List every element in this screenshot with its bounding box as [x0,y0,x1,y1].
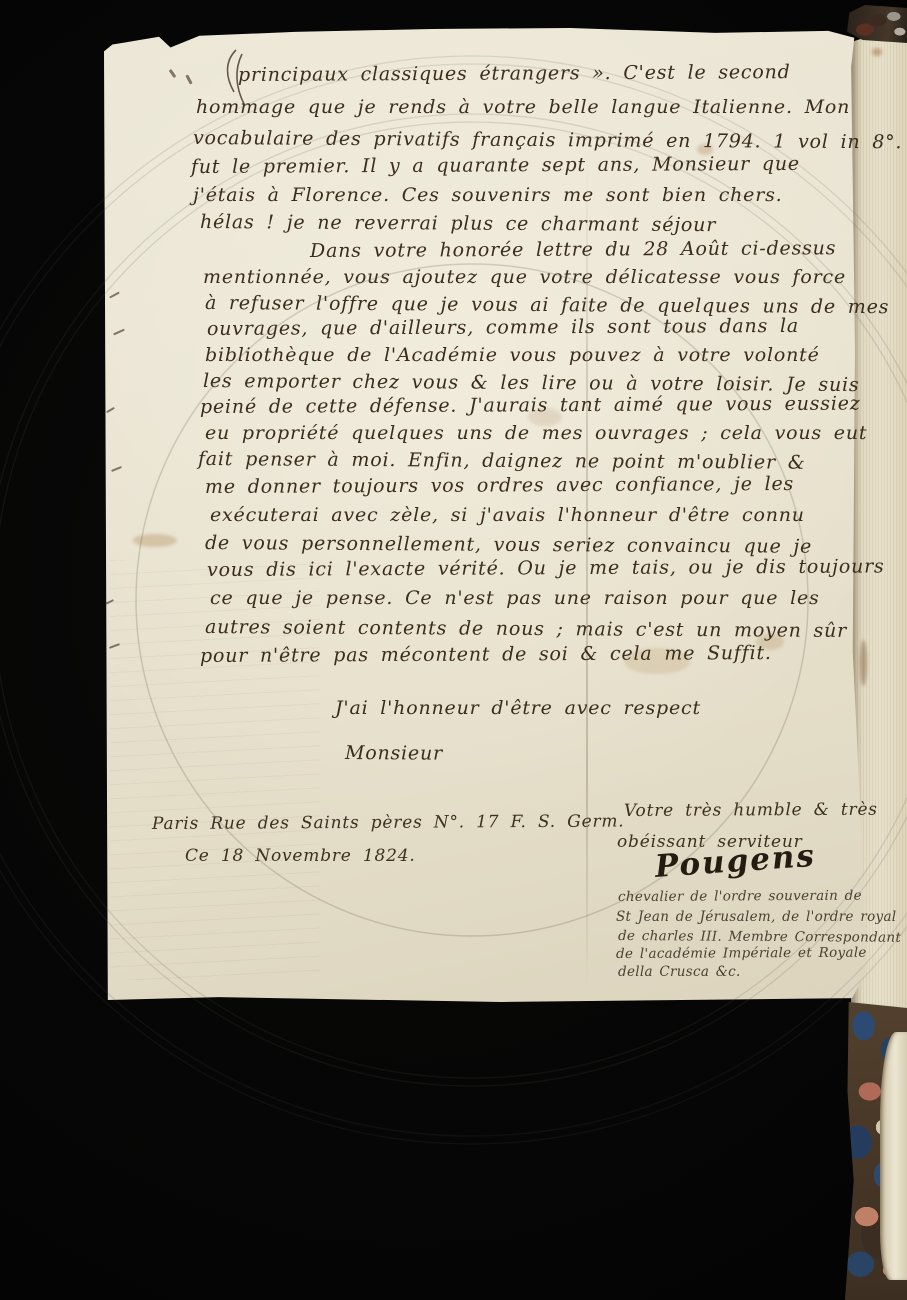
credentials-line: de charles III. Membre Correspondant [618,928,901,946]
manuscript-line: de vous personnellement, vous seriez con… [205,532,812,558]
credentials-line: St Jean de Jérusalem, de l'ordre royal [616,909,896,925]
manuscript-line: principaux classiques étrangers ». C'est… [238,61,791,86]
credentials-line: chevalier de l'ordre souverain de [618,888,862,905]
manuscript-line: bibliothèque de l'Académie vous pouvez à… [205,344,820,366]
manuscript-line: eu propriété quelques uns de mes ouvrage… [205,422,867,444]
salutation: Monsieur [345,742,443,765]
manuscript-line: me donner toujours vos ordres avec confi… [205,473,794,498]
manuscript-line: hommage que je rends à votre belle langu… [196,96,850,118]
foxing-stain [872,48,882,56]
manuscript-line: hélas ! je ne reverrai plus ce charmant … [200,211,716,236]
manuscript-line: j'étais à Florence. Ces souvenirs me son… [193,184,783,206]
manuscript-line: ce que je pense. Ce n'est pas une raison… [210,587,820,609]
credentials-line: de l'académie Impériale et Royale [616,945,867,962]
foxing-stain [133,534,177,547]
manuscript-line: vocabulaire des privatifs français impri… [193,127,902,153]
manuscript-line: autres soient contents de nous ; mais c'… [205,616,847,642]
date-line: Ce 18 Novembre 1824. [185,846,416,866]
manuscript-line: exécuterai avec zèle, si j'avais l'honne… [210,504,805,526]
manuscript-line: peiné de cette défense. J'aurais tant ai… [200,393,861,418]
manuscript-line: pour n'être pas mécontent de soi & cela … [200,642,772,667]
edge-specks [860,640,867,686]
credentials-line: della Crusca &c. [618,964,741,980]
manuscript-line: ouvrages, que d'ailleurs, comme ils sont… [207,315,799,340]
valediction-line: Votre très humble & très [624,800,878,821]
closing-line: J'ai l'honneur d'être avec respect [335,697,701,719]
manuscript-line: mentionnée, vous ajoutez que votre délic… [203,266,846,288]
curled-page-edge [880,1032,907,1280]
manuscript-line: fut le premier. Il y a quarante sept ans… [191,153,800,178]
address-line: Paris Rue des Saints pères N°. 17 F. S. … [152,812,625,834]
manuscript-line: fait penser à moi. Enfin, daignez ne poi… [198,448,806,474]
manuscript-line: vous dis ici l'exacte vérité. Ou je me t… [207,555,885,581]
manuscript-line: Dans votre honorée lettre du 28 Août ci-… [310,237,836,262]
